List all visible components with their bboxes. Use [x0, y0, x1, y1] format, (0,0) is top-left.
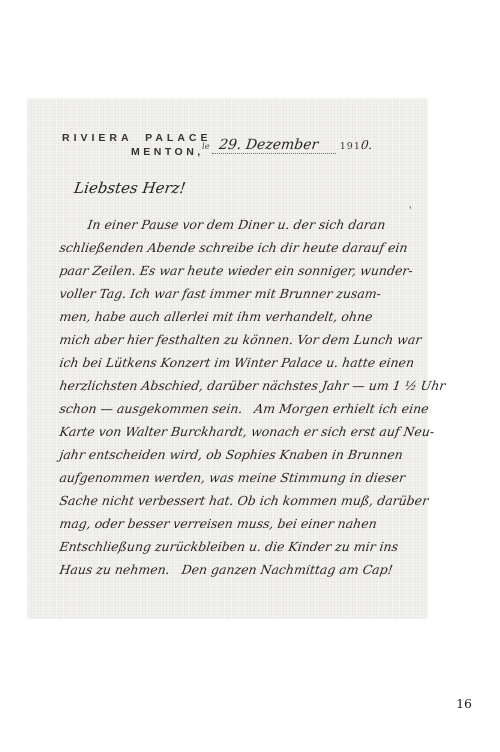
handwriting-line: aufgenommen werden, was meine Stimmung i…: [58, 466, 427, 489]
handwriting-line: Sache nicht verbessert hat. Ob ich komme…: [58, 489, 427, 512]
handwriting-line: Haus zu nehmen. Den ganzen Nachmittag am…: [58, 558, 427, 581]
handwriting-line: jahr entscheiden wird, ob Sophies Knaben…: [58, 443, 427, 466]
date-handwritten: 29. Dezember: [212, 137, 338, 154]
handwriting-line: mich aber hier festhalten zu können. Vor…: [58, 328, 427, 351]
year-digit-handwritten: 0.: [360, 138, 373, 152]
handwriting-line: mag, oder besser verreisen muss, bei ein…: [58, 512, 427, 535]
handwriting-line: In einer Pause vor dem Diner u. der sich…: [58, 213, 427, 236]
date-prefix-printed: le: [202, 142, 210, 152]
letter-body: In einer Pause vor dem Diner u. der sich…: [58, 213, 424, 581]
handwriting-line: Karte von Walter Burckhardt, wonach er s…: [58, 420, 427, 443]
salutation: Liebstes Herz!: [73, 179, 187, 197]
letterhead-city: MENTON,: [131, 146, 204, 158]
page-number: 16: [440, 696, 472, 711]
handwriting-line: paar Zeilen. Es war heute wieder ein son…: [58, 259, 427, 282]
handwriting-line: herzlichsten Abschied, darüber nächstes …: [58, 374, 427, 397]
handwriting-line: men, habe auch allerlei mit ihm verhande…: [58, 305, 427, 328]
handwriting-line: Entschließung zurückbleiben u. die Kinde…: [58, 535, 427, 558]
scanned-letter-paper: RIVIERA PALACE MENTON, le 29. Dezember 1…: [28, 99, 427, 618]
book-page: RIVIERA PALACE MENTON, le 29. Dezember 1…: [0, 0, 500, 752]
date-line: le 29. Dezember 191 0.: [202, 137, 372, 161]
year-printed: 191: [340, 141, 361, 152]
letterhead-hotel-name: RIVIERA PALACE: [62, 132, 212, 144]
handwriting-line: voller Tag. Ich war fast immer mit Brunn…: [58, 282, 427, 305]
handwriting-line: schließenden Abende schreibe ich dir heu…: [58, 236, 427, 259]
handwriting-line: schon — ausgekommen sein. Am Morgen erhi…: [58, 397, 427, 420]
handwriting-line: ich bei Lütkens Konzert im Winter Palace…: [58, 351, 427, 374]
